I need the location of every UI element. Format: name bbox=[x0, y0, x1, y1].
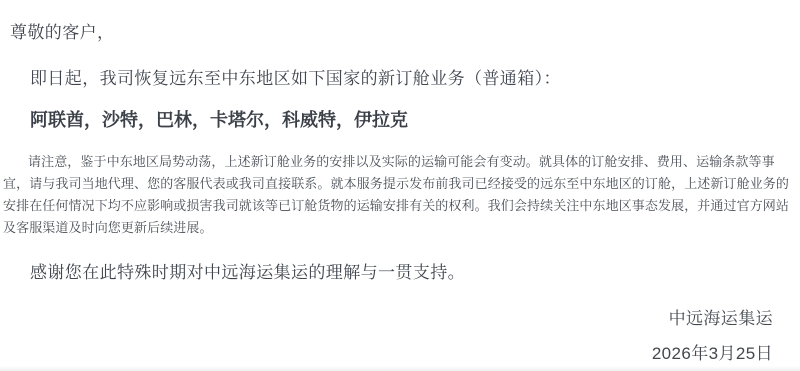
body-line-2: 宜，请与我司当地代理、您的客服代表或我司直接联系。就本服务提示发布前我司已经接受… bbox=[3, 173, 797, 195]
thanks-sentence: 感谢您在此特殊时期对中远海运集运的理解与一贯支持。 bbox=[30, 258, 465, 283]
notice-document: 尊敬的客户， 即日起，我司恢复远东至中东地区如下国家的新订舱业务（普通箱）： 阿… bbox=[0, 0, 800, 371]
notice-body-paragraph: 请注意，鉴于中东地区局势动荡，上述新订舱业务的安排以及实际的运输可能会有变动。就… bbox=[3, 151, 797, 239]
signature-block: 中远海运集运 2026年3月25日 bbox=[652, 304, 773, 364]
countries-list: 阿联酋，沙特，巴林，卡塔尔，科威特，伊拉克 bbox=[30, 106, 408, 132]
signature-date: 2026年3月25日 bbox=[652, 339, 773, 364]
intro-sentence: 即日起，我司恢复远东至中东地区如下国家的新订舱业务（普通箱）： bbox=[30, 64, 561, 89]
salutation-text: 尊敬的客户， bbox=[10, 18, 114, 43]
signature-company: 中远海运集运 bbox=[652, 304, 773, 329]
bottom-edge-shadow bbox=[0, 366, 800, 371]
body-line-1: 请注意，鉴于中东地区局势动荡，上述新订舱业务的安排以及实际的运输可能会有变动。就… bbox=[3, 151, 797, 173]
body-line-4: 及客服渠道及时向您更新后续进展。 bbox=[3, 217, 797, 239]
body-line-3: 安排在任何情况下均不应影响或损害我司就该等已订舱货物的运输安排有关的权利。我们会… bbox=[3, 195, 797, 217]
